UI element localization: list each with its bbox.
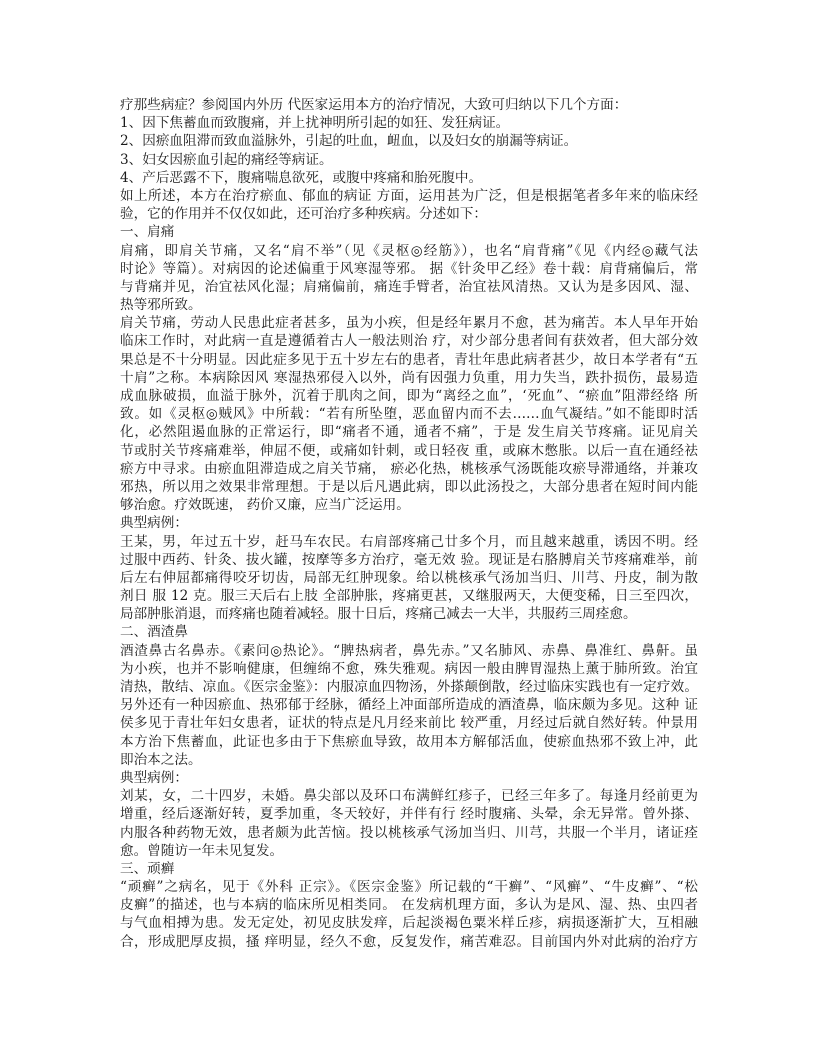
text-line: 肩关节痛，劳动人民患此症者甚多，虽为小疾，但是经年累月不愈，甚为痛苦。本人早年开… [120,314,698,332]
text-line: 够治愈。疗效既速， 药价又廉，应当广泛运用。 [120,496,698,514]
text-line: 侯多见于青壮年妇女患者，证状的特点是凡月经来前比 较严重，月经过后就自然好转。仲… [120,714,698,732]
text-line: 果总是不十分明显。因此症多见于五十岁左右的患者，青壮年患此病者甚少，故日本学者有… [120,351,698,369]
text-line: 与背痛并见，治宜祛风化湿；肩痛偏前，痛连手臂者，治宜祛风清热。又认为是多因风、湿… [120,278,698,296]
text-line: 皮癣”的描述，也与本病的临床所见相类同。 在发病机理方面，多认为是风、湿、热、虫… [120,896,698,914]
text-line: 后左右伸屈都痛得咬牙切齿，局部无红肿现象。给以桃核承气汤加当归、川芎、丹皮，制为… [120,569,698,587]
case-heading: 典型病例： [120,514,698,532]
document-page: 疗那些病症？参阅国内外历 代医家运用本方的治疗情况，大致可归纳以下几个方面： 1… [120,96,698,951]
text-line: 另外还有一种因瘀血、热邪郁于经脉，循经上冲面部所造成的酒渣鼻，临床颇为多见。这种… [120,696,698,714]
text-line: 内服各种药物无效，患者颇为此苦恼。投以桃核承气汤加当归、川芎，共服一个半月，诸证… [120,824,698,842]
text-line: 验，它的作用并不仅仅如此，还可治疗多种疾病。分述如下： [120,205,698,223]
text-line: 如上所述，本方在治疗瘀血、郁血的病证 方面，运用甚为广泛，但是根据笔者多年来的临… [120,187,698,205]
section-heading-rosacea: 二、酒渣鼻 [120,623,698,641]
list-item-2: 2、因瘀血阻滞而致血溢脉外，引起的吐血，衄血，以及妇女的崩漏等病证。 [120,132,698,150]
text-line: 王某，男，年过五十岁，赶马车农民。右肩部疼痛己廿多个月，而且越来越重，诱因不明。… [120,533,698,551]
text-line: 化，必然阻遏血脉的正常运行，即“痛者不通，通者不痛”，于是 发生肩关节疼痛。证见… [120,423,698,441]
text-line: 增重，经后逐渐好转，夏季加重，冬天较好，并伴有行 经时腹痛、头晕，余无异常。曾外… [120,805,698,823]
text-line: 肩痛，即肩关节痛，又名“肩不举”（见《灵枢◎经筋》），也名“肩背痛”《见《内经◎… [120,242,698,260]
text-line: 本方治下焦蓄血，此证也多由于下焦瘀血导致，故用本方解郁活血，使瘀血热邪不致上冲，… [120,733,698,751]
text-line: 成血脉破损，血溢于脉外，沉着于肌肉之间，即为“离经之血”，‘死血”、“瘀血”阻滞… [120,387,698,405]
text-line: 节或肘关节疼痛难举，伸屈不便，或痛如针刺，或日轻夜 重，或麻木憋胀。以后一直在通… [120,442,698,460]
case-heading: 典型病例： [120,769,698,787]
text-line: 即治本之法。 [120,751,698,769]
text-line: 十肩”之称。本病除因风 寒湿热邪侵入以外，尚有因强力负重，用力失当，跌扑损伤，最… [120,369,698,387]
section-heading-tinea: 三、顽癣 [120,860,698,878]
text-line: 致。如《灵枢◎贼风》中所载：“若有所坠堕，恶血留内而不去……血气凝结。”如不能即… [120,405,698,423]
text-line: 酒渣鼻古名鼻赤。《素问◎热论》。“脾热病者，鼻先赤。”又名肺风、赤鼻、鼻准红、鼻… [120,642,698,660]
text-line: 邪热，所以用之效果非常理想。于是以后凡遇此病，即以此汤投之，大部分患者在短时间内… [120,478,698,496]
text-line: 热等邪所致。 [120,296,698,314]
text-line: 过服中西药、针灸、拔火罐，按摩等多方治疗，毫无效 验。现证是右胳膊肩关节疼痛难举… [120,551,698,569]
text-line: 合，形成肥厚皮损，搔 痒明显，经久不愈，反复发作，痛苦难忍。目前国内外对此病的治… [120,933,698,951]
text-line: 瘀方中寻求。由瘀血阻滞造成之肩关节痛， 瘀必化热，桃核承气汤既能攻瘀导滞通络，并… [120,460,698,478]
text-line: 时论》等篇）。对病因的论述偏重于风寒湿等邪。 据《针灸甲乙经》卷十载：肩背痛偏后… [120,260,698,278]
text-line: 愈。曾随访一年未见复发。 [120,842,698,860]
text-line: 清热，散结、凉血。《医宗金鉴》：内服凉血四物汤，外搽颠倒散，经过临床实践也有一定… [120,678,698,696]
text-line: 疗那些病症？参阅国内外历 代医家运用本方的治疗情况，大致可归纳以下几个方面： [120,96,698,114]
text-line: 刘某，女，二十四岁，未婚。鼻尖部以及环口布满鲜红疹子，已经三年多了。每逢月经前更… [120,787,698,805]
text-line: 为小疾，也并不影响健康，但缠绵不愈，殊失雅观。病因一般由脾胃湿热上薰于肺所致。治… [120,660,698,678]
list-item-4: 4、产后恶露不下，腹痛喘息欲死，或腹中疼痛和胎死腹中。 [120,169,698,187]
list-item-1: 1、因下焦蓄血而致腹痛，并上扰神明所引起的如狂、发狂病证。 [120,114,698,132]
text-line: 剂日 服 12 克。服三天后右上肢 全部肿胀，疼痛更甚，又继服两天，大便变稀，日… [120,587,698,605]
list-item-3: 3、妇女因瘀血引起的痛经等病证。 [120,151,698,169]
text-line: 局部肿胀消退，而疼痛也随着减轻。服十日后，疼痛己减去一大半，共服药三周痊愈。 [120,605,698,623]
text-line: “顽癣”之病名，见于《外科 正宗》。《医宗金鉴》所记载的“干癣”、“风癣”、“牛… [120,878,698,896]
text-line: 临床工作时，对此病一直是遵循着古人一般法则治 疗，对少部分患者间有获效者，但大部… [120,332,698,350]
section-heading-shoulder-pain: 一、肩痛 [120,223,698,241]
text-line: 与气血相搏为患。发无定处，初见皮肤发痒，后起淡褐色粟米样丘疹，病损逐渐扩大，互相… [120,914,698,932]
